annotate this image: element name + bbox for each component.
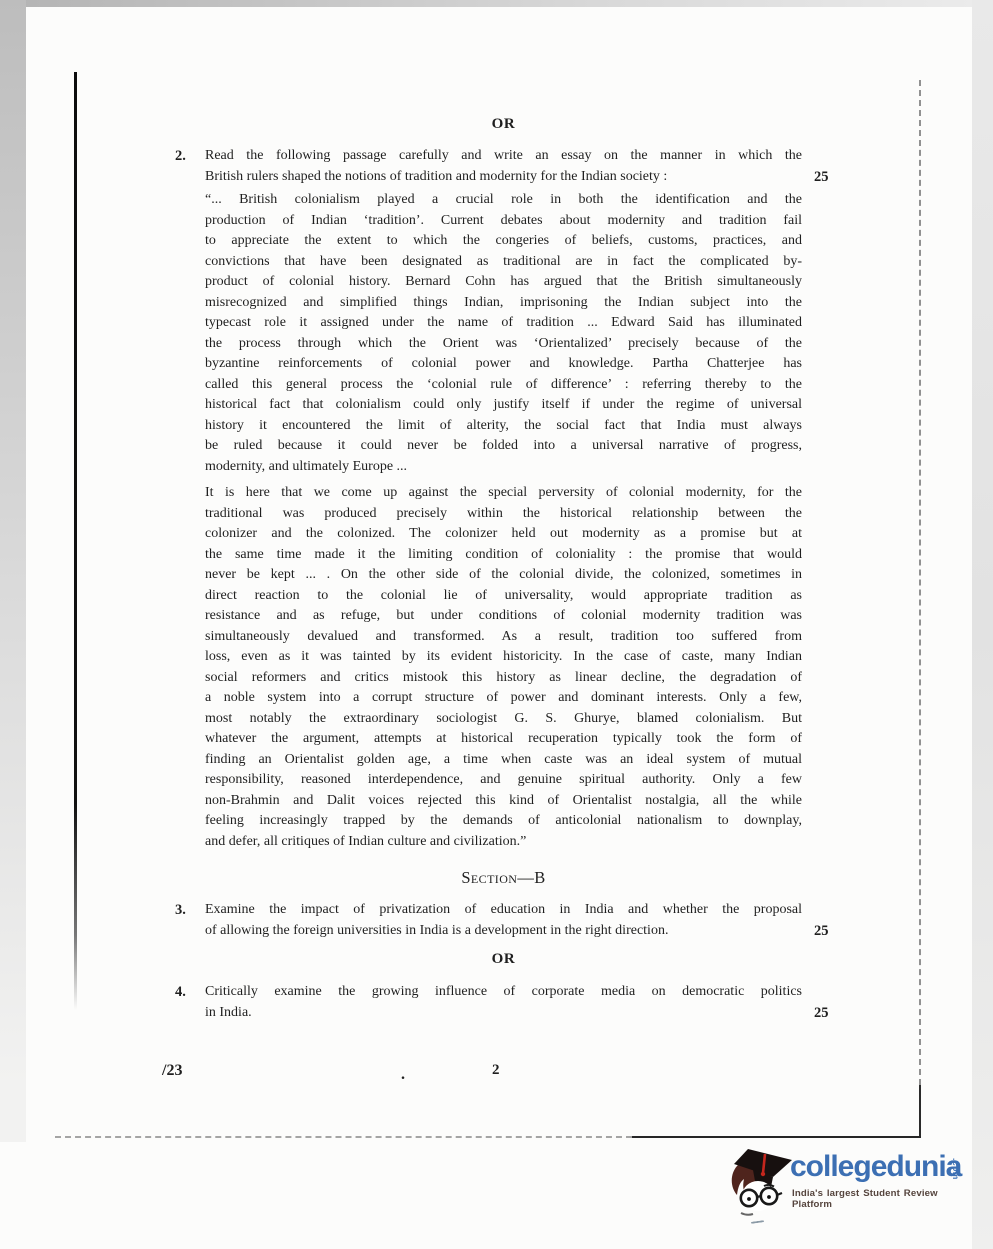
- passage-line: misrecognized and simplified things Indi…: [205, 293, 802, 314]
- question-4-marks: 25: [814, 1003, 854, 1024]
- question-2-text: Read the following passage carefully and…: [205, 146, 802, 187]
- passage-line: whatever the argument, attempts at histo…: [205, 729, 802, 750]
- passage-line: responsibility, reasoned interdependence…: [205, 770, 802, 791]
- passage-line: finding an Orientalist golden age, a tim…: [205, 750, 802, 771]
- collegedunia-logo: collegedunia .com India's largest Studen…: [727, 1144, 967, 1228]
- footer-separator-dot: .: [401, 1066, 405, 1084]
- page-right-border-segment: [919, 1085, 921, 1138]
- question-3-marks: 25: [814, 921, 854, 942]
- brand-text: collegedunia: [790, 1150, 961, 1184]
- passage-line: colonizer and the colonized. The coloniz…: [205, 524, 802, 545]
- scan-edge-top: [0, 0, 993, 7]
- binding-dash-line: [919, 80, 921, 1085]
- passage-line: non-Brahmin and Dalit voices rejected th…: [205, 791, 802, 812]
- passage-line: be ruled because it could never be folde…: [205, 436, 802, 457]
- question-3-text: Examine the impact of privatization of e…: [205, 900, 802, 941]
- question-text-line: Critically examine the growing influence…: [205, 982, 802, 1003]
- question-4: 4. 25 Critically examine the growing inf…: [205, 982, 802, 1023]
- passage-line: historical fact that colonialism could o…: [205, 395, 802, 416]
- passage-line: “... British colonialism played a crucia…: [205, 190, 802, 211]
- exam-paper-page: OR 2. 25 Read the following passage care…: [0, 0, 993, 1249]
- passage-line: It is here that we come up against the s…: [205, 483, 802, 504]
- passage-line: traditional was produced precisely withi…: [205, 504, 802, 525]
- question-2-number: 2.: [175, 146, 186, 167]
- passage-line: simultaneously devalued and transformed.…: [205, 627, 802, 648]
- or-heading-2: OR: [205, 951, 802, 968]
- passage-line: history it encountered the limit of alte…: [205, 416, 802, 437]
- question-3-number: 3.: [175, 900, 186, 921]
- left-margin-rule: [74, 72, 77, 1010]
- passage-line: convictions that have been designated as…: [205, 252, 802, 273]
- question-3: 3. 25 Examine the impact of privatizatio…: [205, 900, 802, 941]
- passage-line: typecast role it assigned under the name…: [205, 313, 802, 334]
- passage-line: modernity, and ultimately Europe ...: [205, 457, 802, 478]
- passage-line: to appreciate the extent to which the co…: [205, 231, 802, 252]
- brand-tld: .com: [951, 1158, 961, 1180]
- page-bottom-border-dashed: [55, 1136, 632, 1138]
- passage-line: the same time made it the limiting condi…: [205, 545, 802, 566]
- passage-line: most notably the extraordinary sociologi…: [205, 709, 802, 730]
- footer-paper-code: /23: [162, 1062, 182, 1080]
- question-text-line: Read the following passage carefully and…: [205, 146, 802, 167]
- passage-line: a noble system into a corrupt structure …: [205, 688, 802, 709]
- passage-line: resistance and as refuge, but under cond…: [205, 606, 802, 627]
- passage-line: feeling increasingly trapped by the dema…: [205, 811, 802, 832]
- passage-line: social reformers and critics mistook thi…: [205, 668, 802, 689]
- passage-paragraph-2: It is here that we come up against the s…: [205, 483, 802, 852]
- question-text-line: Examine the impact of privatization of e…: [205, 900, 802, 921]
- passage-line: byzantine reinforcements of colonial pow…: [205, 354, 802, 375]
- footer-page-number: 2: [492, 1062, 500, 1079]
- page-bottom-border-solid: [632, 1136, 921, 1138]
- passage-line: called this general process the ‘colonia…: [205, 375, 802, 396]
- question-2: 2. 25 Read the following passage careful…: [205, 146, 802, 187]
- question-4-number: 4.: [175, 982, 186, 1003]
- section-heading: Section—B: [205, 868, 802, 888]
- passage-line: production of Indian ‘tradition’. Curren…: [205, 211, 802, 232]
- passage-line: direct reaction to the colonial lie of u…: [205, 586, 802, 607]
- graduate-mascot-icon: [727, 1144, 799, 1224]
- scan-edge-left: [0, 0, 26, 1142]
- question-4-text: Critically examine the growing influence…: [205, 982, 802, 1023]
- passage-line: product of colonial history. Bernard Coh…: [205, 272, 802, 293]
- passage-paragraph-1: “... British colonialism played a crucia…: [205, 190, 802, 477]
- question-text-line: British rulers shaped the notions of tra…: [205, 167, 802, 188]
- passage-line: loss, even as it was tainted by its evid…: [205, 647, 802, 668]
- scan-edge-right: [972, 0, 993, 1249]
- brand-tagline: India's largest Student Review Platform: [792, 1188, 967, 1210]
- question-text-line: of allowing the foreign universities in …: [205, 921, 802, 942]
- passage-line: never be kept ... . On the other side of…: [205, 565, 802, 586]
- passage-line: the process through which the Orient was…: [205, 334, 802, 355]
- question-text-line: in India.: [205, 1003, 802, 1024]
- or-heading-1: OR: [205, 116, 802, 133]
- question-2-marks: 25: [814, 167, 854, 188]
- passage-line: and defer, all critiques of Indian cultu…: [205, 832, 802, 853]
